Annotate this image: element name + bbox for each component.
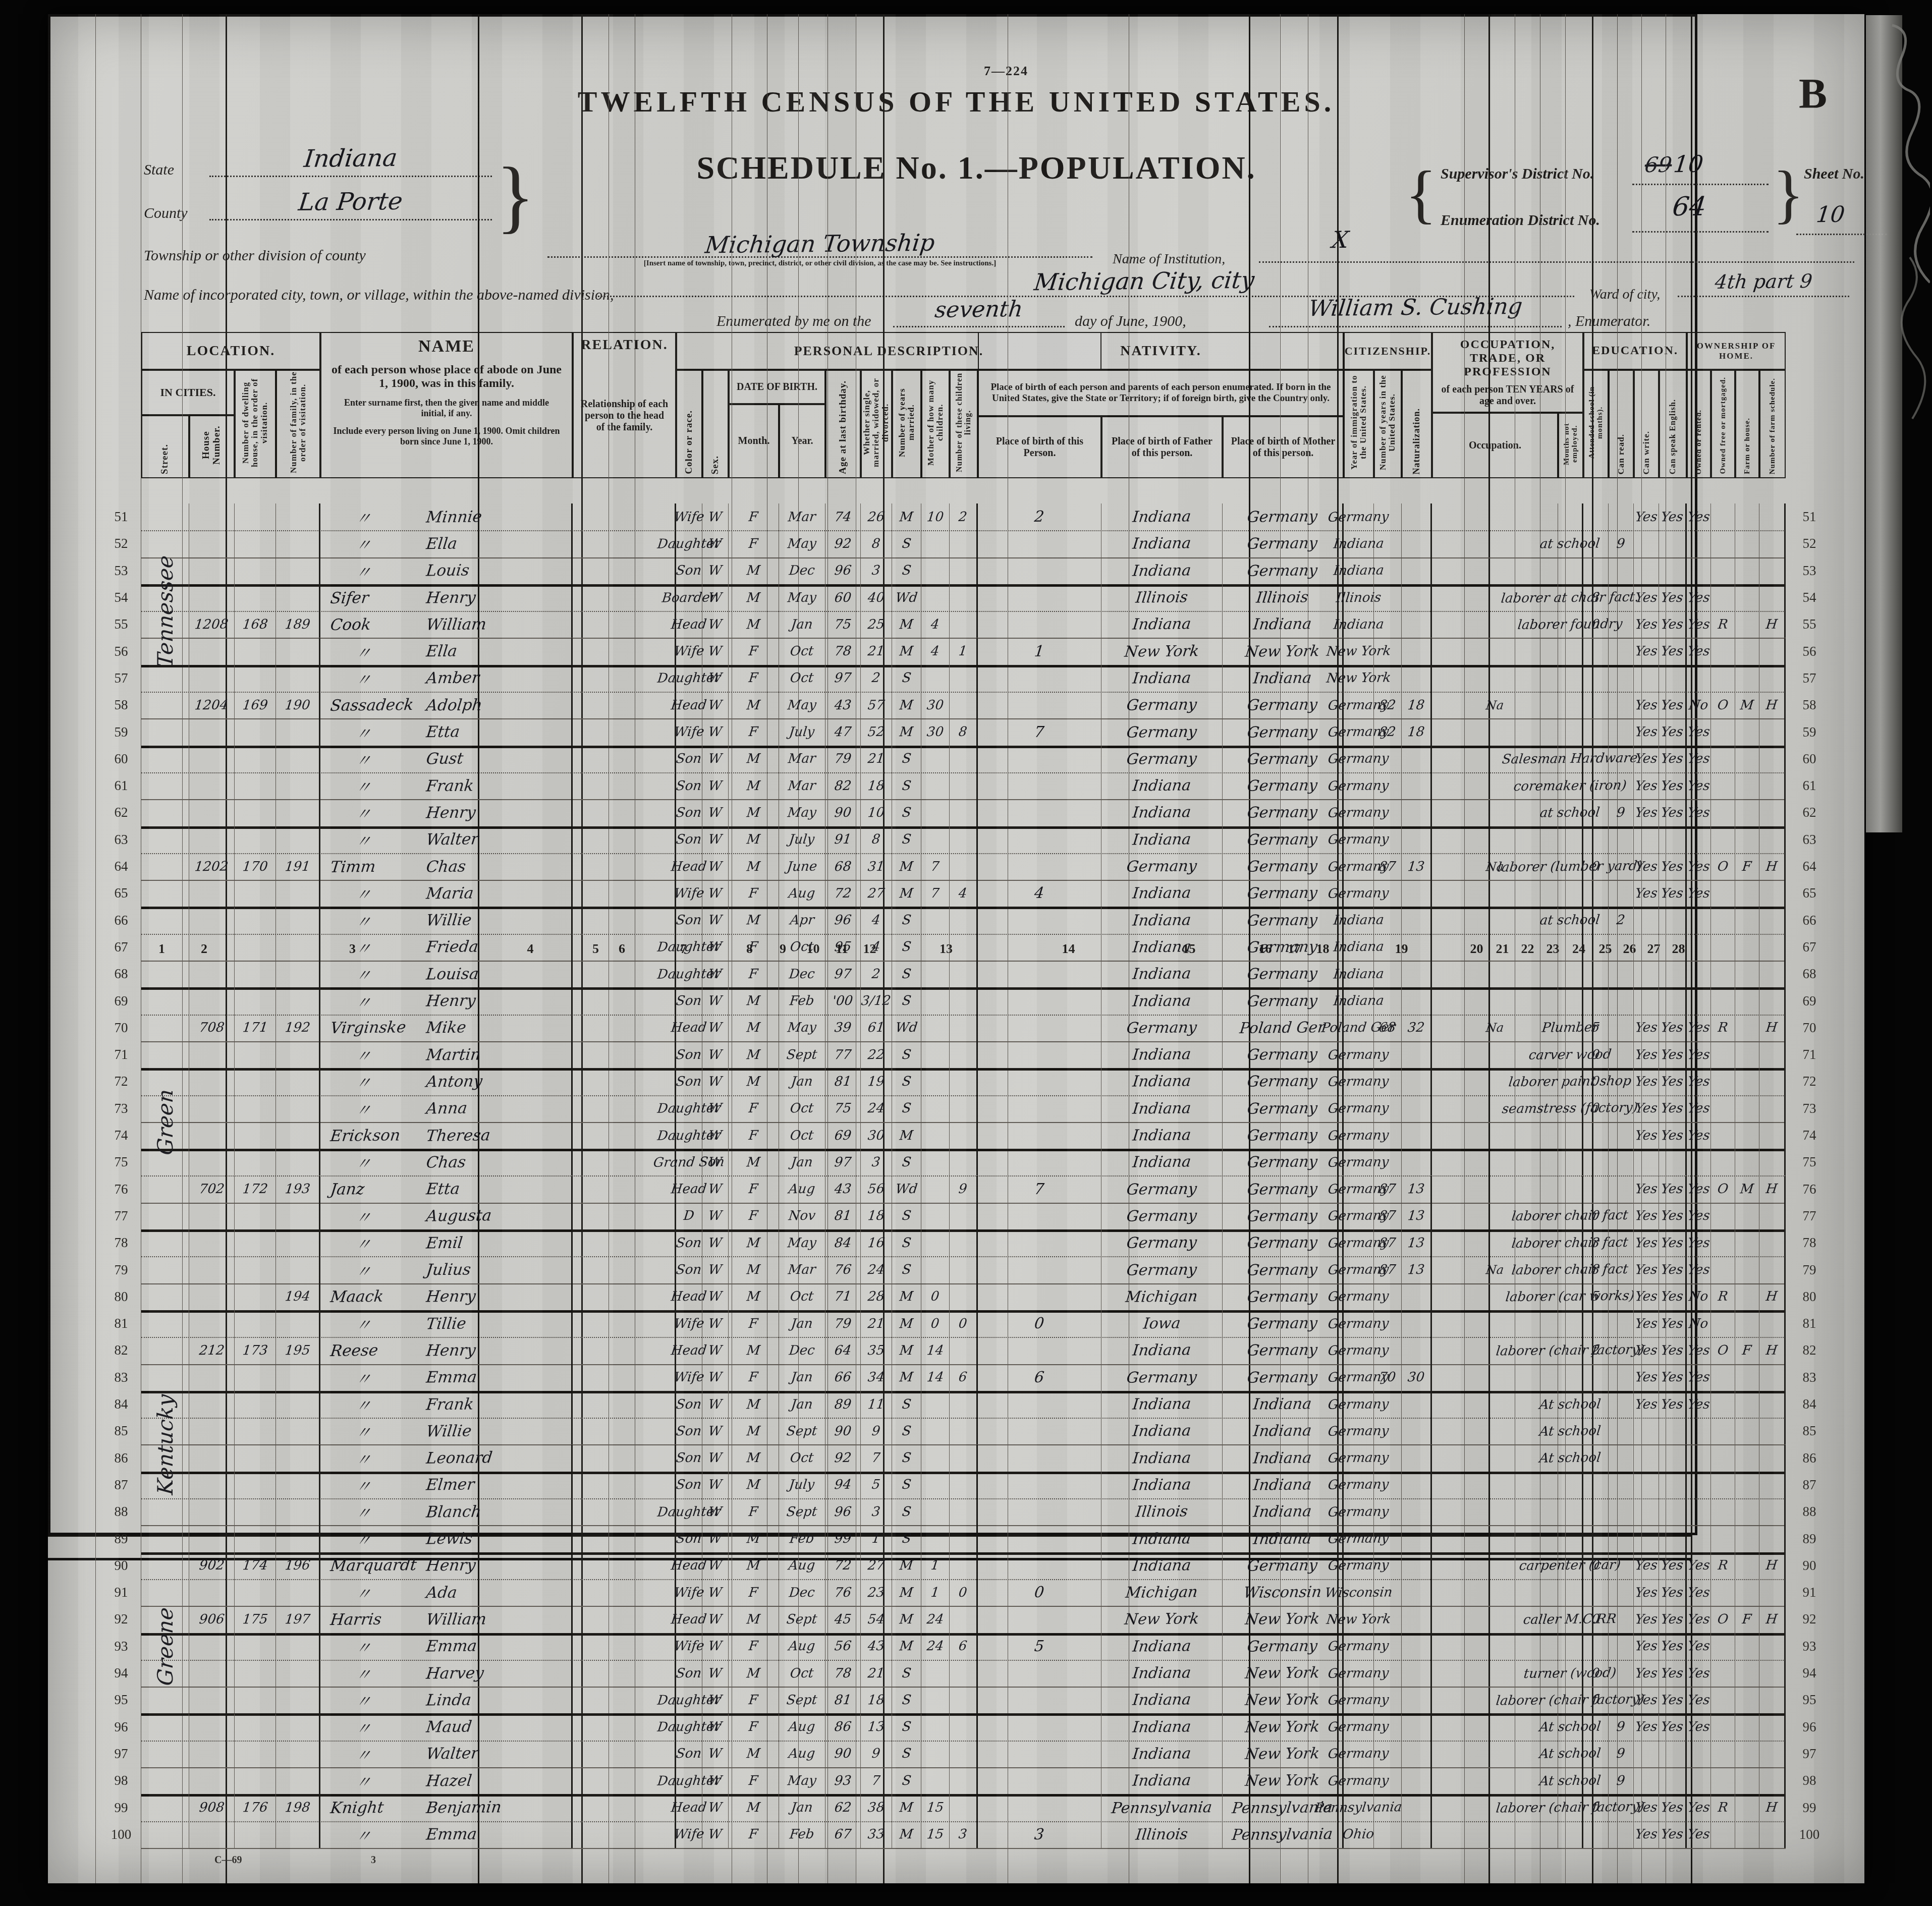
cell-father_birthplace: Germany xyxy=(1223,907,1344,934)
cell-house xyxy=(189,934,235,961)
cell-naturalization xyxy=(1432,1310,1558,1337)
cell-value: 81 xyxy=(834,1208,852,1223)
cell-can_write xyxy=(1659,1472,1687,1498)
cell-value: Indiana xyxy=(1132,938,1192,956)
cell-value: Germany xyxy=(1246,776,1318,795)
line-number-right: 65 xyxy=(1792,880,1827,907)
cell-value: 68 xyxy=(834,859,852,874)
cell-value: F xyxy=(1742,1612,1752,1627)
cell-sex: M xyxy=(729,1741,779,1767)
cell-mother_birthplace: Indiana xyxy=(1344,530,1374,557)
cell-age: 25 xyxy=(861,611,892,638)
cell-value: Indiana xyxy=(1252,1422,1312,1440)
cell-value: Indiana xyxy=(1132,615,1192,634)
cell-value: W xyxy=(707,1531,723,1546)
cell-birth_month: Feb xyxy=(779,1821,825,1848)
cell-can_speak_english: Yes xyxy=(1687,1256,1711,1283)
cell-children_living xyxy=(978,1660,1101,1687)
cell-marital: S xyxy=(892,1149,921,1175)
cell-relation: Son xyxy=(676,1229,702,1256)
cell-value: Indiana xyxy=(1132,911,1192,929)
table-row: 〃HenrySonWMFeb'003/12SIndianaGermanyIndi… xyxy=(141,987,1786,1015)
cell-value: 79 xyxy=(834,1316,852,1331)
cell-value: 93 xyxy=(834,1773,852,1788)
cell-value: 172 xyxy=(242,1182,268,1197)
surname: 〃 xyxy=(319,909,427,932)
cell-marital: M xyxy=(892,1579,921,1606)
cell-value: 24 xyxy=(867,1262,886,1277)
cell-farm_house xyxy=(1759,1445,1786,1472)
cell-immigration_year xyxy=(1374,1122,1402,1149)
cell-farm_house xyxy=(1759,1687,1786,1713)
cell-value: M xyxy=(899,698,914,713)
cell-value: 1 xyxy=(930,1585,941,1600)
cell-dwelling xyxy=(235,826,276,853)
cell-can_read: Yes xyxy=(1634,1606,1659,1633)
cell-value: 13 xyxy=(1407,1236,1425,1251)
cell-sex: M xyxy=(729,907,779,934)
cell-value: Illinois xyxy=(1135,588,1189,606)
cell-value: Yes xyxy=(1634,509,1658,524)
cell-value: 96 xyxy=(834,563,852,578)
cell-mother_of xyxy=(950,1337,978,1364)
cell-mother_of xyxy=(950,692,978,718)
cell-value: Indiana xyxy=(1132,562,1192,580)
cell-value: 60 xyxy=(834,590,852,605)
cell-value: W xyxy=(707,1639,723,1654)
cell-value: 84 xyxy=(834,1236,852,1251)
cell-marital: S xyxy=(892,1068,921,1095)
cell-value: Jan xyxy=(790,1316,813,1331)
cell-family: 189 xyxy=(276,611,320,638)
cell-owned_rented xyxy=(1711,772,1735,799)
cell-name: 〃Lewis xyxy=(320,1525,573,1552)
cell-can_write: Yes xyxy=(1659,1364,1687,1391)
cell-mother_of xyxy=(950,1418,978,1444)
table-row: 〃AnnaDaughterWFOct7524SIndianaGermanyGer… xyxy=(141,1095,1786,1123)
cell-birth_month: Dec xyxy=(779,1579,825,1606)
cell-value: May xyxy=(787,1773,817,1788)
cell-value: 24 xyxy=(926,1612,945,1627)
cell-relation: Grand Son xyxy=(676,1149,702,1175)
cell-owned_rented xyxy=(1711,530,1735,557)
cell-can_speak_english: No xyxy=(1687,1310,1711,1337)
cell-immigration_year xyxy=(1374,1687,1402,1713)
table-row: EricksonTheresaDaughterWFOct6930MIndiana… xyxy=(141,1122,1786,1151)
cell-birthplace: Germany xyxy=(1101,746,1223,772)
cell-mother_of xyxy=(950,1498,978,1525)
cell-value: 906 xyxy=(198,1612,225,1628)
cell-owned_rented xyxy=(1711,1041,1735,1068)
table-row: 〃HarveySonWMOct7821SIndianaNew YorkGerma… xyxy=(141,1660,1786,1688)
cell-farm_house xyxy=(1759,1068,1786,1095)
line-number-left: 67 xyxy=(105,934,137,961)
cell-name: 〃Henry xyxy=(320,799,573,826)
line-number-left: 65 xyxy=(105,880,137,907)
cell-value: Yes xyxy=(1634,617,1658,632)
cell-value: Son xyxy=(676,1531,703,1547)
cell-color: W xyxy=(702,1015,729,1041)
cell-value: Germany xyxy=(1246,804,1318,822)
cell-value: Germany xyxy=(1126,1019,1198,1037)
cell-years_married: 15 xyxy=(921,1794,950,1821)
cell-owned_free_mortgaged xyxy=(1735,557,1759,584)
cell-school_months xyxy=(1609,1256,1634,1283)
line-number-right: 75 xyxy=(1792,1149,1827,1175)
given-name: Etta xyxy=(425,723,461,742)
line-number-left: 68 xyxy=(105,961,137,987)
cell-value: 82 xyxy=(834,778,852,793)
cell-house xyxy=(189,1579,235,1606)
cell-age: 3 xyxy=(861,1149,892,1175)
cell-name: 〃Ada xyxy=(320,1579,573,1606)
cell-value: Ohio xyxy=(1342,1827,1375,1842)
cell-school_months xyxy=(1609,1525,1634,1552)
cell-can_speak_english xyxy=(1687,1418,1711,1444)
table-row: 1202170191TimmChasHeadWMJune6831M7German… xyxy=(141,853,1786,881)
cell-occupation xyxy=(1558,1525,1583,1552)
cell-months_not_employed: 0 xyxy=(1583,1203,1609,1229)
cell-relation: Son xyxy=(676,799,702,826)
cell-value: New York xyxy=(1244,1664,1320,1683)
cell-can_speak_english: Yes xyxy=(1687,1203,1711,1229)
cell-value: S xyxy=(901,1477,912,1492)
cell-value: Yes xyxy=(1687,644,1710,659)
cell-can_read: Yes xyxy=(1634,584,1659,611)
given-name: Tillie xyxy=(425,1314,467,1333)
cell-years_married: 4 xyxy=(921,611,950,638)
cell-years_in_us xyxy=(1402,826,1432,853)
line-number-left: 92 xyxy=(105,1606,137,1633)
cell-years_in_us: 18 xyxy=(1402,718,1432,745)
given-name: Frank xyxy=(425,1395,475,1414)
cell-marital: S xyxy=(892,987,921,1014)
cell-mother_birthplace: Pennsylvania xyxy=(1344,1794,1374,1821)
cell-birthplace: New York xyxy=(1101,638,1223,665)
cell-value: 71 xyxy=(834,1289,852,1304)
cell-children_living xyxy=(978,665,1101,692)
cell-owned_free_mortgaged xyxy=(1735,1015,1759,1041)
cell-occupation xyxy=(1558,880,1583,907)
cell-age: 21 xyxy=(861,1310,892,1337)
cell-value: H xyxy=(1765,859,1778,874)
cell-mother_of xyxy=(950,772,978,799)
cell-value: W xyxy=(707,1262,723,1277)
cell-years_married: 1 xyxy=(921,1552,950,1579)
cell-father_birthplace: Pennsylvania xyxy=(1223,1821,1344,1848)
cell-value: 90 xyxy=(834,1424,852,1439)
cell-birth_month: Sept xyxy=(779,1498,825,1525)
cell-value: Yes xyxy=(1634,1343,1658,1358)
cell-can_write: Yes xyxy=(1659,1015,1687,1041)
cell-value: Illinois xyxy=(1135,1503,1189,1521)
cell-mother_birthplace: Germany xyxy=(1344,1176,1374,1203)
surname: Cook xyxy=(319,615,427,634)
cell-birth_year: 47 xyxy=(825,718,861,745)
cell-father_birthplace: Germany xyxy=(1223,1283,1344,1310)
cell-relation: Son xyxy=(676,1391,702,1418)
cell-value: 1202 xyxy=(194,859,230,874)
cell-value: W xyxy=(707,805,723,820)
cell-owned_rented: R xyxy=(1711,1283,1735,1310)
cell-occupation xyxy=(1558,718,1583,745)
cell-children_living xyxy=(978,1229,1101,1256)
cell-school_months xyxy=(1609,1283,1634,1310)
cell-value: Illinois xyxy=(1135,1825,1189,1843)
cell-months_not_employed xyxy=(1583,826,1609,853)
cell-father_birthplace: New York xyxy=(1223,1606,1344,1633)
table-row: 〃BlanchDaughterWFSept963SIllinoisIndiana… xyxy=(141,1498,1786,1526)
cell-mother_of xyxy=(950,934,978,961)
cell-value: Yes xyxy=(1660,1827,1684,1842)
cell-farm_house xyxy=(1759,1256,1786,1283)
cell-owned_free_mortgaged xyxy=(1735,1122,1759,1149)
cell-dwelling: 171 xyxy=(235,1015,276,1041)
cell-years_married: 14 xyxy=(921,1364,950,1391)
cell-relation: Head xyxy=(676,1283,702,1310)
cell-children_living xyxy=(978,1122,1101,1149)
cell-value: Germany xyxy=(1246,535,1318,553)
cell-value: W xyxy=(707,886,723,901)
cell-can_read: Yes xyxy=(1634,1714,1659,1741)
cell-owned_free_mortgaged xyxy=(1735,1714,1759,1741)
cell-value: Germany xyxy=(1126,1207,1198,1225)
cell-birth_month: Aug xyxy=(779,880,825,907)
cell-family xyxy=(276,1149,320,1175)
surname: 〃 xyxy=(319,962,427,986)
cell-value: 3/12 xyxy=(861,993,892,1009)
line-number-right: 85 xyxy=(1792,1418,1827,1444)
cell-value: 87 xyxy=(1378,1262,1397,1277)
cell-value: Indiana xyxy=(1132,804,1192,822)
cell-value: Germany xyxy=(1246,1045,1318,1063)
cell-street xyxy=(141,1767,189,1794)
cell-dwelling xyxy=(235,1310,276,1337)
cell-family xyxy=(276,530,320,557)
cell-school_months xyxy=(1609,665,1634,692)
cell-years_in_us xyxy=(1402,746,1432,772)
cell-birth_year: 75 xyxy=(825,611,861,638)
cell-years_in_us xyxy=(1402,1525,1432,1552)
cell-immigration_year xyxy=(1374,503,1402,530)
cell-owned_rented xyxy=(1711,718,1735,745)
cell-mother_of xyxy=(950,1122,978,1149)
cell-months_not_employed: 0 xyxy=(1583,1041,1609,1068)
cell-marital: S xyxy=(892,1741,921,1767)
cell-age: 21 xyxy=(861,1660,892,1687)
cell-family xyxy=(276,1068,320,1095)
cell-street xyxy=(141,1229,189,1256)
cell-line xyxy=(573,1256,676,1283)
cell-months_not_employed: 2 xyxy=(1583,1337,1609,1364)
table-row: 708171192VirginskeMikeHeadWMMay3961WdGer… xyxy=(141,1015,1786,1042)
cell-color: W xyxy=(702,1660,729,1687)
surname: Sifer xyxy=(319,588,427,607)
cell-value: Illinois xyxy=(1255,588,1309,606)
cell-value: 18 xyxy=(867,1693,886,1708)
cell-value: 61 xyxy=(867,1020,886,1035)
surname: 〃 xyxy=(319,666,427,690)
cell-value: Yes xyxy=(1687,509,1710,524)
cell-house: 212 xyxy=(189,1337,235,1364)
cell-farm_house xyxy=(1759,1525,1786,1552)
surname: 〃 xyxy=(319,935,427,959)
cell-farm_house xyxy=(1759,826,1786,853)
cell-birthplace: Indiana xyxy=(1101,1472,1223,1498)
cell-farm_house xyxy=(1759,1714,1786,1741)
cell-value: Son xyxy=(676,1074,703,1090)
cell-value: Germany xyxy=(1246,992,1318,1010)
cell-value: Indiana xyxy=(1252,669,1312,687)
cell-family xyxy=(276,799,320,826)
cell-birthplace: Iowa xyxy=(1101,1310,1223,1337)
cell-months_not_employed xyxy=(1583,1472,1609,1498)
cell-relation: Head xyxy=(676,1552,702,1579)
cell-birth_year: 75 xyxy=(825,1095,861,1122)
cell-value: H xyxy=(1765,1182,1778,1197)
cell-mother_of: 2 xyxy=(950,503,978,530)
cell-can_speak_english xyxy=(1687,1498,1711,1525)
cell-value: Indiana xyxy=(1132,508,1192,526)
cell-owned_rented xyxy=(1711,1229,1735,1256)
surname: Timm xyxy=(319,857,427,876)
cell-children_living: 7 xyxy=(978,718,1101,745)
cell-occupation xyxy=(1558,987,1583,1014)
cell-immigration_year: 87 xyxy=(1374,1203,1402,1229)
table-row: 〃MartinSonWMSept7722SIndianaGermanyGerma… xyxy=(141,1041,1786,1071)
cell-value: Oct xyxy=(790,670,815,686)
cell-school_months xyxy=(1609,1633,1634,1660)
cell-children_living xyxy=(978,1391,1101,1418)
cell-line xyxy=(573,1552,676,1579)
cell-mother_birthplace: Germany xyxy=(1344,1767,1374,1794)
cell-value: Yes xyxy=(1660,1343,1684,1358)
cell-name: 〃Maria xyxy=(320,880,573,907)
cell-father_birthplace: New York xyxy=(1223,1660,1344,1687)
cell-can_speak_english: Yes xyxy=(1687,1176,1711,1203)
cell-birth_month: Oct xyxy=(779,1122,825,1149)
cell-birth_month: Oct xyxy=(779,1095,825,1122)
cell-owned_rented xyxy=(1711,987,1735,1014)
cell-mother_of: 1 xyxy=(950,638,978,665)
cell-value: Son xyxy=(676,805,703,821)
cell-years_in_us xyxy=(1402,799,1432,826)
cell-value: 35 xyxy=(867,1343,886,1358)
cell-value: M xyxy=(746,1450,761,1466)
cell-value: Wife xyxy=(673,724,705,740)
cell-family xyxy=(276,1445,320,1472)
cell-farm_house xyxy=(1759,799,1786,826)
cell-line xyxy=(573,1472,676,1498)
cell-age: 2 xyxy=(861,961,892,987)
cell-name: 〃Gust xyxy=(320,746,573,772)
cell-can_read: Yes xyxy=(1634,1821,1659,1848)
cell-farm_house xyxy=(1759,934,1786,961)
cell-farm_house xyxy=(1759,1149,1786,1175)
cell-birth_year: 62 xyxy=(825,1794,861,1821)
cell-owned_rented xyxy=(1711,1149,1735,1175)
cell-dwelling xyxy=(235,880,276,907)
cell-farm_house: H xyxy=(1759,1015,1786,1041)
cell-marital: Wd xyxy=(892,1015,921,1041)
cell-can_read: Yes xyxy=(1634,1283,1659,1310)
cell-father_birthplace: Germany xyxy=(1223,1068,1344,1095)
cell-immigration_year xyxy=(1374,1606,1402,1633)
cell-occupation: laborer at chair fact. xyxy=(1558,584,1583,611)
cell-value: W xyxy=(707,1236,723,1251)
cell-can_read: Yes xyxy=(1634,746,1659,772)
cell-value: 173 xyxy=(242,1343,268,1359)
cell-owned_rented: O xyxy=(1711,853,1735,880)
cell-value: 708 xyxy=(198,1020,225,1036)
cell-value: Yes xyxy=(1687,1236,1710,1251)
surname: 〃 xyxy=(319,505,427,529)
cell-color: W xyxy=(702,1821,729,1848)
cell-can_speak_english: Yes xyxy=(1687,584,1711,611)
cell-house xyxy=(189,1364,235,1391)
cell-value: Germany xyxy=(1246,562,1318,580)
cell-birthplace: Indiana xyxy=(1101,1660,1223,1687)
cell-value: 70 xyxy=(1378,1370,1397,1385)
cell-color: W xyxy=(702,1579,729,1606)
cell-value: Indiana xyxy=(1132,777,1192,795)
cell-farm_house xyxy=(1759,1391,1786,1418)
cell-family xyxy=(276,1418,320,1444)
surname: Harris xyxy=(319,1610,427,1629)
cell-dwelling: 168 xyxy=(235,611,276,638)
cell-mother_of xyxy=(950,1445,978,1472)
cell-owned_free_mortgaged xyxy=(1735,503,1759,530)
cell-value: W xyxy=(707,590,723,605)
cell-value: Germany xyxy=(1246,965,1318,983)
cell-occupation: At school xyxy=(1558,1741,1583,1767)
cell-naturalization xyxy=(1432,557,1558,584)
cell-value: Indiana xyxy=(1132,535,1192,553)
cell-value: 56 xyxy=(834,1639,852,1654)
cell-father_birthplace: New York xyxy=(1223,1714,1344,1741)
cell-value: 13 xyxy=(1407,1262,1425,1277)
cell-school_months xyxy=(1609,987,1634,1014)
cell-can_speak_english xyxy=(1687,665,1711,692)
cell-occupation xyxy=(1558,1472,1583,1498)
cell-owned_rented: R xyxy=(1711,611,1735,638)
cell-months_not_employed: 0 xyxy=(1583,1687,1609,1713)
cell-years_married xyxy=(921,1525,950,1552)
surname: 〃 xyxy=(319,720,427,744)
cell-can_read: Yes xyxy=(1634,1256,1659,1283)
cell-line xyxy=(573,1068,676,1095)
cell-can_write: Yes xyxy=(1659,1714,1687,1741)
cell-birth_month: Feb xyxy=(779,987,825,1014)
cell-value: M xyxy=(899,1316,914,1331)
cell-value: Yes xyxy=(1634,1289,1658,1304)
cell-occupation xyxy=(1558,638,1583,665)
cell-value: 82 xyxy=(1378,724,1397,740)
cell-birth_month: Sept xyxy=(779,1606,825,1633)
cell-sex: M xyxy=(729,1391,779,1418)
cell-line xyxy=(573,1391,676,1418)
cell-value: M xyxy=(746,1236,761,1251)
cell-value: 30 xyxy=(926,698,945,713)
line-number-right: 80 xyxy=(1792,1283,1827,1310)
cell-value: 8 xyxy=(1591,590,1601,605)
cell-value: Germany xyxy=(1246,723,1318,741)
cell-value: 2 xyxy=(1033,508,1045,526)
cell-sex: M xyxy=(729,1660,779,1687)
cell-birth_month: Feb xyxy=(779,1525,825,1552)
surname: 〃 xyxy=(319,1150,427,1174)
cell-children_living: 2 xyxy=(978,503,1101,530)
